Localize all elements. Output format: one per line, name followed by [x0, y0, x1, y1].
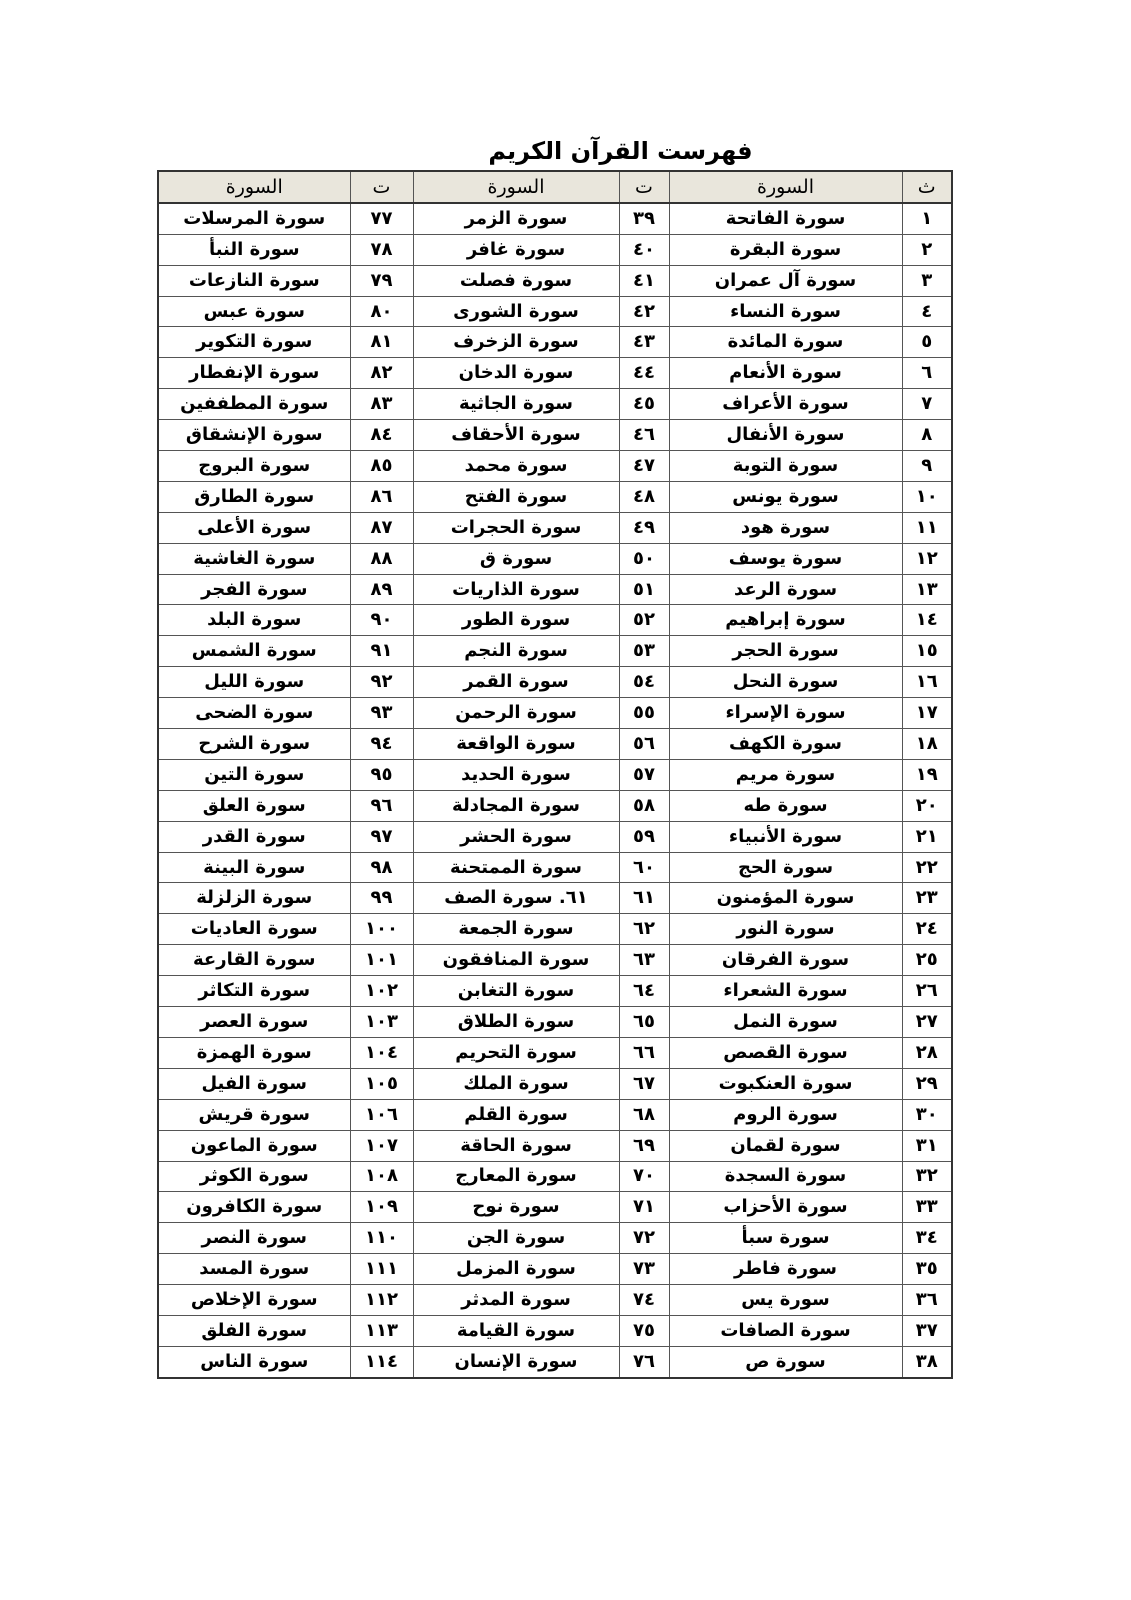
surah-name-cell: سورة ق — [413, 543, 619, 574]
surah-number-cell: ٦٥ — [619, 1007, 669, 1038]
table-row: ٧سورة الأعراف٤٥سورة الجاثية٨٣سورة المطفف… — [158, 389, 952, 420]
surah-number-cell: ٢٣ — [902, 883, 952, 914]
surah-name-cell: سورة البقرة — [669, 234, 902, 265]
surah-name-cell: سورة غافر — [413, 234, 619, 265]
surah-name-cell: سورة الطلاق — [413, 1007, 619, 1038]
surah-number-cell: ٩٩ — [350, 883, 413, 914]
surah-name-cell: سورة المنافقون — [413, 945, 619, 976]
surah-name-cell: سورة المجادلة — [413, 790, 619, 821]
surah-name-cell: سورة النمل — [669, 1007, 902, 1038]
table-row: ٢٣سورة المؤمنون٦١٦١. سورة الصف٩٩سورة الز… — [158, 883, 952, 914]
surah-name-cell: سورة فاطر — [669, 1254, 902, 1285]
table-row: ١٨سورة الكهف٥٦سورة الواقعة٩٤سورة الشرح — [158, 729, 952, 760]
surah-number-cell: ٢٢ — [902, 852, 952, 883]
table-row: ١٧سورة الإسراء٥٥سورة الرحمن٩٣سورة الضحى — [158, 698, 952, 729]
surah-name-cell: سورة القمر — [413, 667, 619, 698]
surah-number-cell: ١٠٨ — [350, 1161, 413, 1192]
surah-name-cell: سورة العاديات — [158, 914, 350, 945]
surah-name-cell: سورة هود — [669, 512, 902, 543]
surah-name-cell: سورة الليل — [158, 667, 350, 698]
surah-number-cell: ٨٠ — [350, 296, 413, 327]
surah-number-cell: ١٤ — [902, 605, 952, 636]
column-header-number-1: ث — [902, 171, 952, 203]
surah-name-cell: سورة المرسلات — [158, 203, 350, 234]
surah-name-cell: سورة الأعلى — [158, 512, 350, 543]
surah-number-cell: ٣٥ — [902, 1254, 952, 1285]
surah-number-cell: ٦٤ — [619, 976, 669, 1007]
surah-name-cell: سورة الفلق — [158, 1315, 350, 1346]
surah-name-cell: سورة التكوير — [158, 327, 350, 358]
table-row: ٢٠سورة طه٥٨سورة المجادلة٩٦سورة العلق — [158, 790, 952, 821]
surah-number-cell: ٧٥ — [619, 1315, 669, 1346]
surah-name-cell: سورة المطففين — [158, 389, 350, 420]
surah-number-cell: ١٠٤ — [350, 1037, 413, 1068]
table-row: ١٩سورة مريم٥٧سورة الحديد٩٥سورة التين — [158, 759, 952, 790]
table-row: ٢٦سورة الشعراء٦٤سورة التغابن١٠٢سورة التك… — [158, 976, 952, 1007]
surah-name-cell: سورة السجدة — [669, 1161, 902, 1192]
table-row: ٤سورة النساء٤٢سورة الشورى٨٠سورة عبس — [158, 296, 952, 327]
surah-name-cell: سورة الجن — [413, 1223, 619, 1254]
surah-name-cell: سورة مريم — [669, 759, 902, 790]
surah-name-cell: سورة الشورى — [413, 296, 619, 327]
table-row: ٣٤سورة سبأ٧٢سورة الجن١١٠سورة النصر — [158, 1223, 952, 1254]
surah-number-cell: ١٦ — [902, 667, 952, 698]
surah-number-cell: ٢٦ — [902, 976, 952, 1007]
surah-number-cell: ١٠٦ — [350, 1099, 413, 1130]
surah-name-cell: سورة آل عمران — [669, 265, 902, 296]
surah-number-cell: ١١٠ — [350, 1223, 413, 1254]
surah-number-cell: ٣٢ — [902, 1161, 952, 1192]
surah-name-cell: سورة الحجرات — [413, 512, 619, 543]
table-row: ٩سورة التوبة٤٧سورة محمد٨٥سورة البروج — [158, 451, 952, 482]
surah-number-cell: ٢٩ — [902, 1068, 952, 1099]
surah-name-cell: سورة الممتحنة — [413, 852, 619, 883]
surah-name-cell: سورة الحج — [669, 852, 902, 883]
surah-number-cell: ٩١ — [350, 636, 413, 667]
surah-name-cell: سورة الأنفال — [669, 420, 902, 451]
surah-number-cell: ٢ — [902, 234, 952, 265]
table-row: ٢١سورة الأنبياء٥٩سورة الحشر٩٧سورة القدر — [158, 821, 952, 852]
table-row: ٢٧سورة النمل٦٥سورة الطلاق١٠٣سورة العصر — [158, 1007, 952, 1038]
surah-number-cell: ٥٧ — [619, 759, 669, 790]
surah-number-cell: ٢٥ — [902, 945, 952, 976]
surah-number-cell: ٤٥ — [619, 389, 669, 420]
surah-number-cell: ٣ — [902, 265, 952, 296]
table-row: ٢٤سورة النور٦٢سورة الجمعة١٠٠سورة العاديا… — [158, 914, 952, 945]
surah-number-cell: ٧٣ — [619, 1254, 669, 1285]
table-row: ٦سورة الأنعام٤٤سورة الدخان٨٢سورة الإنفطا… — [158, 358, 952, 389]
table-row: ٣٢سورة السجدة٧٠سورة المعارج١٠٨سورة الكوث… — [158, 1161, 952, 1192]
surah-name-cell: سورة الرعد — [669, 574, 902, 605]
surah-number-cell: ٣٦ — [902, 1285, 952, 1316]
surah-name-cell: سورة فصلت — [413, 265, 619, 296]
surah-number-cell: ٧٢ — [619, 1223, 669, 1254]
surah-number-cell: ١٠٧ — [350, 1130, 413, 1161]
surah-name-cell: سورة الشرح — [158, 729, 350, 760]
table-row: ٣٧سورة الصافات٧٥سورة القيامة١١٣سورة الفل… — [158, 1315, 952, 1346]
surah-number-cell: ١٠١ — [350, 945, 413, 976]
surah-number-cell: ١١٢ — [350, 1285, 413, 1316]
surah-number-cell: ١٣ — [902, 574, 952, 605]
table-row: ١٠سورة يونس٤٨سورة الفتح٨٦سورة الطارق — [158, 481, 952, 512]
surah-name-cell: سورة المعارج — [413, 1161, 619, 1192]
table-row: ٢٩سورة العنكبوت٦٧سورة الملك١٠٥سورة الفيل — [158, 1068, 952, 1099]
table-row: ٢سورة البقرة٤٠سورة غافر٧٨سورة النبأ — [158, 234, 952, 265]
table-row: ١٦سورة النحل٥٤سورة القمر٩٢سورة الليل — [158, 667, 952, 698]
surah-number-cell: ٩ — [902, 451, 952, 482]
surah-name-cell: سورة المسد — [158, 1254, 350, 1285]
surah-number-cell: ٧٩ — [350, 265, 413, 296]
surah-name-cell: سورة النور — [669, 914, 902, 945]
surah-number-cell: ٩٣ — [350, 698, 413, 729]
surah-name-cell: سورة التغابن — [413, 976, 619, 1007]
surah-name-cell: سورة الإخلاص — [158, 1285, 350, 1316]
surah-name-cell: سورة الطارق — [158, 481, 350, 512]
surah-name-cell: سورة الرحمن — [413, 698, 619, 729]
surah-name-cell: سورة يوسف — [669, 543, 902, 574]
table-row: ١٢سورة يوسف٥٠سورة ق٨٨سورة الغاشية — [158, 543, 952, 574]
surah-number-cell: ١٠٢ — [350, 976, 413, 1007]
table-row: ٥سورة المائدة٤٣سورة الزخرف٨١سورة التكوير — [158, 327, 952, 358]
surah-number-cell: ١١٣ — [350, 1315, 413, 1346]
surah-number-cell: ٤٦ — [619, 420, 669, 451]
surah-name-cell: سورة محمد — [413, 451, 619, 482]
surah-name-cell: سورة التحريم — [413, 1037, 619, 1068]
surah-number-cell: ٨٧ — [350, 512, 413, 543]
table-row: ٣٣سورة الأحزاب٧١سورة نوح١٠٩سورة الكافرون — [158, 1192, 952, 1223]
table-row: ٣٦سورة يس٧٤سورة المدثر١١٢سورة الإخلاص — [158, 1285, 952, 1316]
surah-number-cell: ٦٦ — [619, 1037, 669, 1068]
column-header-number-3: ت — [350, 171, 413, 203]
surah-number-cell: ٥٩ — [619, 821, 669, 852]
surah-number-cell: ٩٦ — [350, 790, 413, 821]
surah-number-cell: ٨ — [902, 420, 952, 451]
surah-number-cell: ٩٢ — [350, 667, 413, 698]
table-header-row: ث السورة ت السورة ت السورة — [158, 171, 952, 203]
surah-name-cell: سورة المؤمنون — [669, 883, 902, 914]
surah-number-cell: ٧٠ — [619, 1161, 669, 1192]
column-header-surah-1: السورة — [669, 171, 902, 203]
surah-name-cell: سورة الجمعة — [413, 914, 619, 945]
surah-number-cell: ٩٠ — [350, 605, 413, 636]
surah-name-cell: سورة البلد — [158, 605, 350, 636]
column-header-surah-3: السورة — [158, 171, 350, 203]
surah-number-cell: ١١٤ — [350, 1346, 413, 1377]
surah-name-cell: سورة الذاريات — [413, 574, 619, 605]
column-header-surah-2: السورة — [413, 171, 619, 203]
table-row: ٣٥سورة فاطر٧٣سورة المزمل١١١سورة المسد — [158, 1254, 952, 1285]
surah-name-cell: سورة العلق — [158, 790, 350, 821]
surah-number-cell: ١٠٥ — [350, 1068, 413, 1099]
page-title: فهرست القرآن الكريم — [0, 134, 1131, 168]
surah-name-cell: سورة النصر — [158, 1223, 350, 1254]
surah-name-cell: سورة الأعراف — [669, 389, 902, 420]
surah-name-cell: سورة الناس — [158, 1346, 350, 1377]
table-row: ٢٢سورة الحج٦٠سورة الممتحنة٩٨سورة البينة — [158, 852, 952, 883]
surah-number-cell: ٨٤ — [350, 420, 413, 451]
surah-number-cell: ٨٩ — [350, 574, 413, 605]
surah-name-cell: سورة الزخرف — [413, 327, 619, 358]
surah-name-cell: سورة الأنبياء — [669, 821, 902, 852]
surah-name-cell: سورة الزمر — [413, 203, 619, 234]
surah-name-cell: سورة القلم — [413, 1099, 619, 1130]
surah-name-cell: سورة الطور — [413, 605, 619, 636]
surah-number-cell: ٤٧ — [619, 451, 669, 482]
table-row: ١١سورة هود٤٩سورة الحجرات٨٧سورة الأعلى — [158, 512, 952, 543]
surah-number-cell: ٣٣ — [902, 1192, 952, 1223]
surah-number-cell: ٦ — [902, 358, 952, 389]
surah-name-cell: سورة الأنعام — [669, 358, 902, 389]
surah-name-cell: سورة الأحقاف — [413, 420, 619, 451]
surah-number-cell: ٥٦ — [619, 729, 669, 760]
surah-number-cell: ٥٨ — [619, 790, 669, 821]
surah-name-cell: سورة يونس — [669, 481, 902, 512]
surah-name-cell: سورة المدثر — [413, 1285, 619, 1316]
surah-number-cell: ٤١ — [619, 265, 669, 296]
surah-name-cell: سورة الإنسان — [413, 1346, 619, 1377]
surah-number-cell: ٧٦ — [619, 1346, 669, 1377]
surah-number-cell: ٧٨ — [350, 234, 413, 265]
surah-index-table: ث السورة ت السورة ت السورة ١سورة الفاتحة… — [157, 170, 953, 1379]
surah-name-cell: سورة البروج — [158, 451, 350, 482]
surah-name-cell: سورة الصافات — [669, 1315, 902, 1346]
surah-number-cell: ٥٠ — [619, 543, 669, 574]
surah-number-cell: ١٩ — [902, 759, 952, 790]
surah-name-cell: سورة الحديد — [413, 759, 619, 790]
surah-number-cell: ٦١ — [619, 883, 669, 914]
surah-name-cell: سورة ص — [669, 1346, 902, 1377]
surah-name-cell: سورة المائدة — [669, 327, 902, 358]
table-body: ١سورة الفاتحة٣٩سورة الزمر٧٧سورة المرسلات… — [158, 203, 952, 1378]
surah-number-cell: ١١١ — [350, 1254, 413, 1285]
surah-name-cell: سورة القيامة — [413, 1315, 619, 1346]
surah-number-cell: ٣٩ — [619, 203, 669, 234]
surah-number-cell: ١٥ — [902, 636, 952, 667]
surah-number-cell: ٧ — [902, 389, 952, 420]
surah-number-cell: ٨٦ — [350, 481, 413, 512]
surah-number-cell: ٥٥ — [619, 698, 669, 729]
surah-number-cell: ٥٣ — [619, 636, 669, 667]
surah-number-cell: ٦٨ — [619, 1099, 669, 1130]
surah-name-cell: سورة الملك — [413, 1068, 619, 1099]
surah-number-cell: ٢١ — [902, 821, 952, 852]
surah-number-cell: ٣٧ — [902, 1315, 952, 1346]
surah-name-cell: سورة العصر — [158, 1007, 350, 1038]
surah-name-cell: سورة الشعراء — [669, 976, 902, 1007]
surah-name-cell: سورة الحشر — [413, 821, 619, 852]
surah-number-cell: ٦٠ — [619, 852, 669, 883]
surah-name-cell: سورة النازعات — [158, 265, 350, 296]
surah-name-cell: سورة سبأ — [669, 1223, 902, 1254]
surah-number-cell: ١٧ — [902, 698, 952, 729]
surah-name-cell: سورة الكافرون — [158, 1192, 350, 1223]
surah-number-cell: ٨٢ — [350, 358, 413, 389]
surah-name-cell: سورة الإنشقاق — [158, 420, 350, 451]
surah-name-cell: سورة النبأ — [158, 234, 350, 265]
surah-number-cell: ٦٩ — [619, 1130, 669, 1161]
surah-name-cell: سورة لقمان — [669, 1130, 902, 1161]
surah-number-cell: ١٨ — [902, 729, 952, 760]
surah-number-cell: ٨١ — [350, 327, 413, 358]
surah-number-cell: ٥١ — [619, 574, 669, 605]
surah-name-cell: سورة الجاثية — [413, 389, 619, 420]
surah-number-cell: ٥٤ — [619, 667, 669, 698]
surah-number-cell: ٨٥ — [350, 451, 413, 482]
surah-name-cell: سورة القصص — [669, 1037, 902, 1068]
surah-name-cell: سورة القارعة — [158, 945, 350, 976]
table-row: ١٤سورة إبراهيم٥٢سورة الطور٩٠سورة البلد — [158, 605, 952, 636]
table-row: ٢٥سورة الفرقان٦٣سورة المنافقون١٠١سورة ال… — [158, 945, 952, 976]
surah-number-cell: ٧١ — [619, 1192, 669, 1223]
table-row: ٢٨سورة القصص٦٦سورة التحريم١٠٤سورة الهمزة — [158, 1037, 952, 1068]
surah-name-cell: سورة الفيل — [158, 1068, 350, 1099]
surah-name-cell: سورة الفاتحة — [669, 203, 902, 234]
surah-name-cell: سورة الضحى — [158, 698, 350, 729]
surah-name-cell: سورة العنكبوت — [669, 1068, 902, 1099]
surah-name-cell: ٦١. سورة الصف — [413, 883, 619, 914]
surah-name-cell: سورة الفجر — [158, 574, 350, 605]
surah-name-cell: سورة الأحزاب — [669, 1192, 902, 1223]
surah-number-cell: ٤٩ — [619, 512, 669, 543]
surah-name-cell: سورة الإنفطار — [158, 358, 350, 389]
surah-name-cell: سورة الواقعة — [413, 729, 619, 760]
surah-number-cell: ٤٤ — [619, 358, 669, 389]
surah-number-cell: ٢٧ — [902, 1007, 952, 1038]
surah-name-cell: سورة التوبة — [669, 451, 902, 482]
surah-number-cell: ٢٠ — [902, 790, 952, 821]
surah-name-cell: سورة النجم — [413, 636, 619, 667]
surah-number-cell: ٤٢ — [619, 296, 669, 327]
surah-name-cell: سورة المزمل — [413, 1254, 619, 1285]
surah-number-cell: ٣٨ — [902, 1346, 952, 1377]
surah-number-cell: ٢٨ — [902, 1037, 952, 1068]
surah-name-cell: سورة الكهف — [669, 729, 902, 760]
surah-name-cell: سورة الحجر — [669, 636, 902, 667]
surah-name-cell: سورة الدخان — [413, 358, 619, 389]
surah-name-cell: سورة نوح — [413, 1192, 619, 1223]
surah-name-cell: سورة الماعون — [158, 1130, 350, 1161]
surah-number-cell: ١٠٠ — [350, 914, 413, 945]
surah-name-cell: سورة الكوثر — [158, 1161, 350, 1192]
surah-name-cell: سورة إبراهيم — [669, 605, 902, 636]
surah-number-cell: ١٠ — [902, 481, 952, 512]
surah-number-cell: ٩٧ — [350, 821, 413, 852]
surah-name-cell: سورة الفتح — [413, 481, 619, 512]
table-row: ١سورة الفاتحة٣٩سورة الزمر٧٧سورة المرسلات — [158, 203, 952, 234]
surah-number-cell: ٣٠ — [902, 1099, 952, 1130]
surah-number-cell: ٤٠ — [619, 234, 669, 265]
surah-number-cell: ٣١ — [902, 1130, 952, 1161]
table-row: ٣سورة آل عمران٤١سورة فصلت٧٩سورة النازعات — [158, 265, 952, 296]
surah-number-cell: ٢٤ — [902, 914, 952, 945]
surah-name-cell: سورة الروم — [669, 1099, 902, 1130]
surah-number-cell: ١٠٩ — [350, 1192, 413, 1223]
surah-number-cell: ٦٢ — [619, 914, 669, 945]
surah-number-cell: ٩٤ — [350, 729, 413, 760]
surah-number-cell: ٨٨ — [350, 543, 413, 574]
surah-name-cell: سورة الهمزة — [158, 1037, 350, 1068]
table-row: ٣٠سورة الروم٦٨سورة القلم١٠٦سورة قريش — [158, 1099, 952, 1130]
surah-name-cell: سورة الغاشية — [158, 543, 350, 574]
table-row: ٨سورة الأنفال٤٦سورة الأحقاف٨٤سورة الإنشق… — [158, 420, 952, 451]
surah-number-cell: ١٢ — [902, 543, 952, 574]
surah-name-cell: سورة التين — [158, 759, 350, 790]
surah-name-cell: سورة الفرقان — [669, 945, 902, 976]
surah-number-cell: ٦٧ — [619, 1068, 669, 1099]
surah-name-cell: سورة النحل — [669, 667, 902, 698]
surah-number-cell: ٤ — [902, 296, 952, 327]
table-row: ٣١سورة لقمان٦٩سورة الحاقة١٠٧سورة الماعون — [158, 1130, 952, 1161]
surah-name-cell: سورة الحاقة — [413, 1130, 619, 1161]
surah-number-cell: ٥٢ — [619, 605, 669, 636]
surah-name-cell: سورة القدر — [158, 821, 350, 852]
surah-number-cell: ٤٣ — [619, 327, 669, 358]
surah-number-cell: ١ — [902, 203, 952, 234]
surah-name-cell: سورة الزلزلة — [158, 883, 350, 914]
surah-number-cell: ٤٨ — [619, 481, 669, 512]
surah-name-cell: سورة عبس — [158, 296, 350, 327]
surah-name-cell: سورة النساء — [669, 296, 902, 327]
surah-number-cell: ٧٧ — [350, 203, 413, 234]
surah-number-cell: ٥ — [902, 327, 952, 358]
surah-number-cell: ٦٣ — [619, 945, 669, 976]
surah-number-cell: ٣٤ — [902, 1223, 952, 1254]
surah-name-cell: سورة يس — [669, 1285, 902, 1316]
surah-name-cell: سورة طه — [669, 790, 902, 821]
table-row: ١٣سورة الرعد٥١سورة الذاريات٨٩سورة الفجر — [158, 574, 952, 605]
table-row: ٣٨سورة ص٧٦سورة الإنسان١١٤سورة الناس — [158, 1346, 952, 1377]
surah-name-cell: سورة البينة — [158, 852, 350, 883]
surah-number-cell: ١٠٣ — [350, 1007, 413, 1038]
surah-number-cell: ١١ — [902, 512, 952, 543]
surah-number-cell: ٩٨ — [350, 852, 413, 883]
surah-name-cell: سورة الإسراء — [669, 698, 902, 729]
surah-number-cell: ٩٥ — [350, 759, 413, 790]
surah-name-cell: سورة الشمس — [158, 636, 350, 667]
column-header-number-2: ت — [619, 171, 669, 203]
surah-number-cell: ٨٣ — [350, 389, 413, 420]
table-row: ١٥سورة الحجر٥٣سورة النجم٩١سورة الشمس — [158, 636, 952, 667]
surah-name-cell: سورة التكاثر — [158, 976, 350, 1007]
surah-number-cell: ٧٤ — [619, 1285, 669, 1316]
surah-name-cell: سورة قريش — [158, 1099, 350, 1130]
